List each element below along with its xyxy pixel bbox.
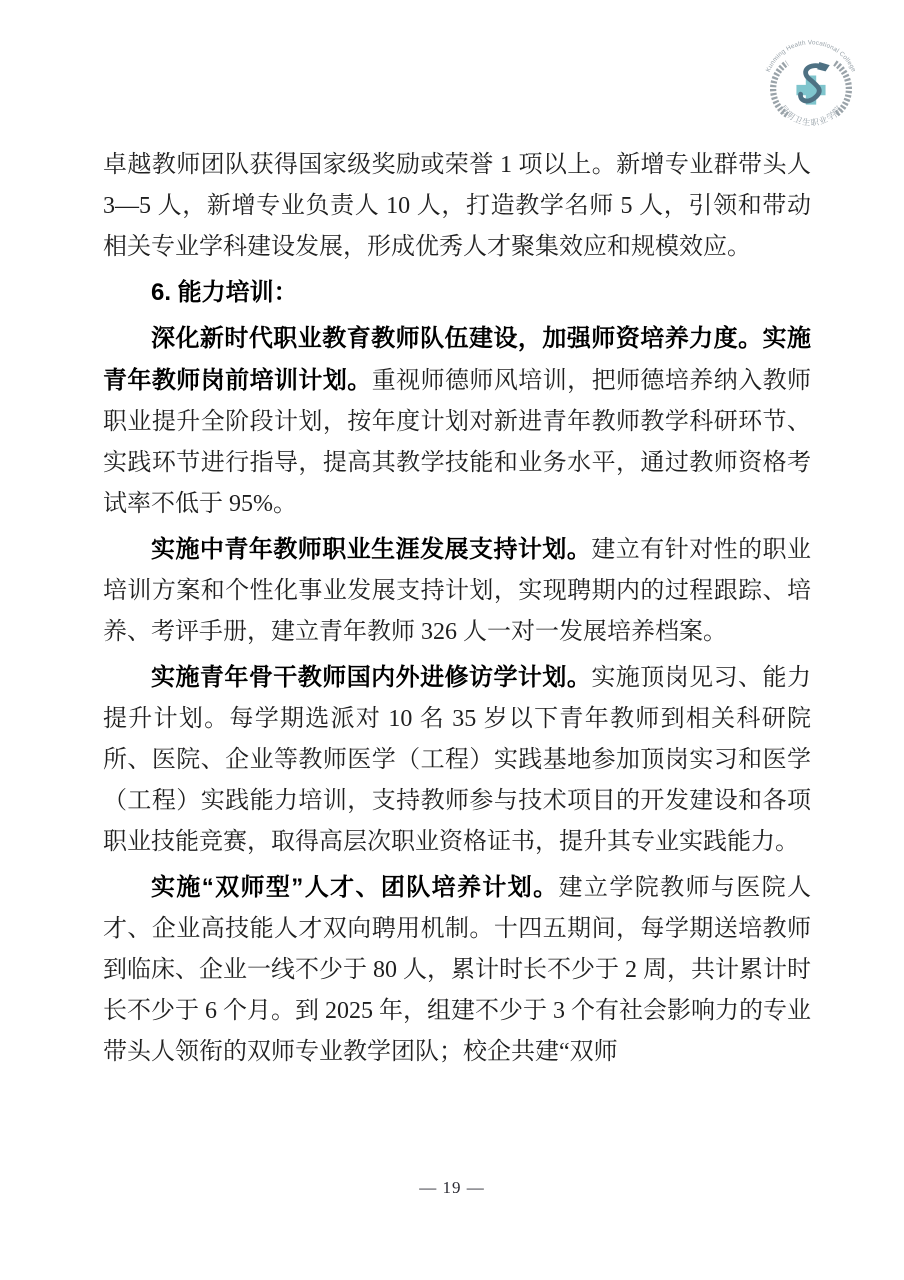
college-seal-logo: Kunming Health Vocational College 昆明卫生职业… <box>759 37 863 141</box>
paragraph: 实施中青年教师职业生涯发展支持计划。建立有针对性的职业培训方案和个性化事业发展支… <box>103 529 811 653</box>
paragraph: 深化新时代职业教育教师队伍建设，加强师资培养力度。实施青年教师岗前培训计划。重视… <box>103 318 811 525</box>
seal-ring-text-bottom: 昆明卫生职业学院 <box>778 103 844 128</box>
paragraph-text: 实施顶岗见习、能力提升计划。每学期选派对 10 名 35 岁以下青年教师到相关科… <box>103 665 811 855</box>
section-heading: 6. 能力培训： <box>103 272 811 314</box>
paragraph-lead-bold: 实施“双师型”人才、团队培养计划。 <box>151 874 559 901</box>
paragraph-lead-bold: 实施中青年教师职业生涯发展支持计划。 <box>151 536 591 563</box>
paragraph-continuation: 卓越教师团队获得国家级奖励或荣誉 1 项以上。新增专业群带头人 3—5 人，新增… <box>103 145 811 268</box>
paragraph-text: 卓越教师团队获得国家级奖励或荣誉 1 项以上。新增专业群带头人 3—5 人，新增… <box>103 152 811 260</box>
paragraph: 实施青年骨干教师国内外进修访学计划。实施顶岗见习、能力提升计划。每学期选派对 1… <box>103 657 811 863</box>
paragraph: 实施“双师型”人才、团队培养计划。建立学院教师与医院人才、企业高技能人才双向聘用… <box>103 867 811 1073</box>
document-body: 卓越教师团队获得国家级奖励或荣誉 1 项以上。新增专业群带头人 3—5 人，新增… <box>103 145 811 1077</box>
page-number: — 19 — <box>0 1178 904 1198</box>
paragraph-lead-bold: 实施青年骨干教师国内外进修访学计划。 <box>151 664 591 691</box>
section-heading-text: 6. 能力培训： <box>151 279 298 306</box>
document-page: Kunming Health Vocational College 昆明卫生职业… <box>0 0 904 1280</box>
paragraph-text: 建立学院教师与医院人才、企业高技能人才双向聘用机制。十四五期间，每学期送培教师到… <box>103 875 811 1065</box>
